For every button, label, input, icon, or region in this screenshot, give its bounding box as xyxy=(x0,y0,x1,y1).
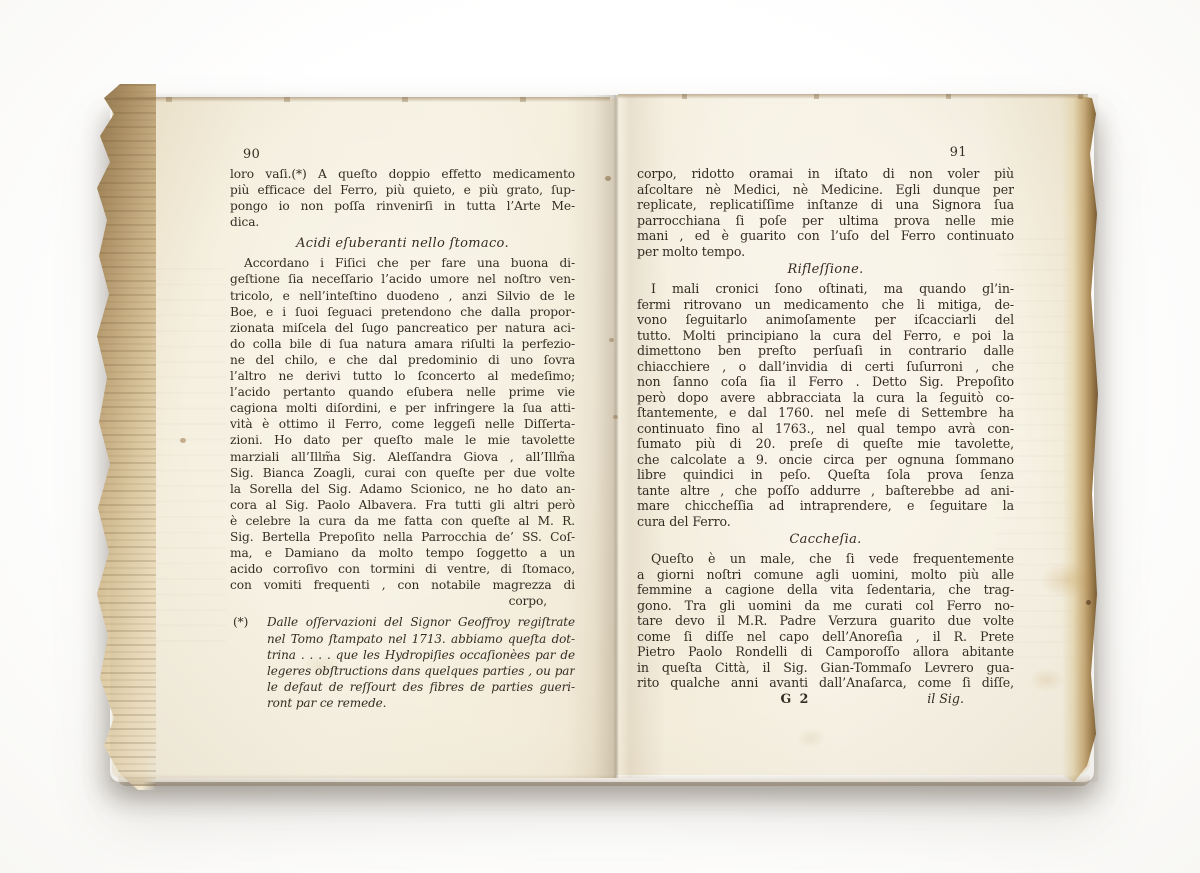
text-line: l’altro ne derivi tutto lo ſconcerto al … xyxy=(230,368,575,384)
text-line: cagiona molti diſordini, e per infringer… xyxy=(230,400,575,416)
text-line: dica. xyxy=(230,214,575,230)
text-line: tricolo, e nell’inteſtino duodeno , anzi… xyxy=(230,288,575,304)
right-paragraph-riflessione: I mali cronici ſono oſtinati, ma quando … xyxy=(637,281,1014,529)
footnote-lines: Dalle oſſervazioni del Signor Geoffroy r… xyxy=(267,614,575,711)
text-line: più efficace del Ferro, più quieto, e pi… xyxy=(230,182,575,198)
text-line: l’acido pertanto quando eſubera nelle pr… xyxy=(230,384,575,400)
text-line: come ſi diſſe nel capo dell’Anoreſìa , i… xyxy=(637,629,1014,645)
text-line: zionata miſcela del ſugo pancreatico per… xyxy=(230,320,575,336)
text-line: non ſanno coſa ſia il Ferro . Detto Sig.… xyxy=(637,374,1014,390)
right-paragraph-cacchesia: Queſto è un male, che ſi vede frequentem… xyxy=(637,551,1014,691)
text-line: trina . . . . que les Hydropiſies occaſi… xyxy=(267,647,575,663)
footnote-marker: (*) xyxy=(233,615,248,629)
text-line: corpo, ridotto oramai in iſtato di non v… xyxy=(637,166,1014,182)
text-line: aſcoltare nè Medici, nè Medicine. Egli d… xyxy=(637,182,1014,198)
text-line: Pietro Paolo Rondelli di Camporoſſo allo… xyxy=(637,644,1014,660)
text-line: tare devo il M.R. Padre Verzura guarito … xyxy=(637,613,1014,629)
left-paragraph-continuation: loro vaſi.(*) A queſto doppio effetto me… xyxy=(230,166,575,230)
text-line: tante altre , che poſſo addurre , baſter… xyxy=(637,483,1014,499)
text-line: continuato fino al 1763., nel qual tempo… xyxy=(637,421,1014,437)
text-line: ne del chilo, e che dal predominio di un… xyxy=(230,352,575,368)
text-line: a giorni noſtri comune agli uomini, molt… xyxy=(637,567,1014,583)
text-line: vità è ottimo il Ferro, come leggeſi nel… xyxy=(230,416,575,432)
text-line: nel Tomo ſtampato nel 1713. abbiamo queſ… xyxy=(267,631,575,647)
text-line: Sig. Bertella Prepoſito nella Parrocchia… xyxy=(230,529,575,545)
text-line: Queſto è un male, che ſi vede frequentem… xyxy=(637,551,1014,567)
text-line: fermi ritrovano un medicamento che li mi… xyxy=(637,297,1014,313)
bottom-edge xyxy=(118,774,1090,786)
section-heading-cacchesia: Caccheſia. xyxy=(637,532,1014,548)
text-line: ſumato più di 20. preſe di queſte mie ta… xyxy=(637,436,1014,452)
right-paragraph-continuation: corpo, ridotto oramai in iſtato di non v… xyxy=(637,166,1014,259)
text-line: I mali cronici ſono oſtinati, ma quando … xyxy=(637,281,1014,297)
text-line: libre quindici in peſo. Queſta ſola prov… xyxy=(637,467,1014,483)
photo-stage: 90 loro vaſi.(*) A queſto doppio effetto… xyxy=(0,0,1200,873)
text-line: pongo io non poſſa rinvenirſi in tutta l… xyxy=(230,198,575,214)
text-line: parrocchiana ſi poſe per ultima prova ne… xyxy=(637,213,1014,229)
footnote: (*) Dalle oſſervazioni del Signor Geoffr… xyxy=(230,614,575,711)
page-number-left: 90 xyxy=(230,146,575,164)
text-line: chiacchiere , o dall’invidia di certi ſu… xyxy=(637,359,1014,375)
text-line: in queſta Città, il Sig. Gian-Tommaſo Le… xyxy=(637,660,1014,676)
text-line: Sig. Bianca Zoagli, curai con queſte per… xyxy=(230,465,575,481)
signature-row: G 2 il Sig. xyxy=(637,691,1014,707)
text-line: ſtantemente, e dal 1760. nel meſe di Set… xyxy=(637,405,1014,421)
text-line: rito qualche anni avanti dall’Anaſarca, … xyxy=(637,675,1014,691)
text-line: acido corroſivo con tormini di ventre, d… xyxy=(230,561,575,577)
text-line: marziali all’Illm̃a Sig. Aleſſandra Giov… xyxy=(230,449,575,465)
left-page-text-column: 90 loro vaſi.(*) A queſto doppio effetto… xyxy=(230,146,575,711)
text-line: Dalle oſſervazioni del Signor Geoffroy r… xyxy=(267,614,575,630)
text-line: dimettono ben preſto perſuaſi in contrar… xyxy=(637,343,1014,359)
text-line: Accordano i Fiſici che per fare una buon… xyxy=(230,255,575,271)
text-line: ront par ce remede. xyxy=(267,695,575,711)
text-line: per molto tempo. xyxy=(637,244,1014,260)
text-line: gono. Tra gli uomini da me curati col Fe… xyxy=(637,598,1014,614)
page-number-right: 91 xyxy=(637,144,1014,162)
text-line: legeres obſtructions dans quelques parti… xyxy=(267,663,575,679)
text-line: geſtione ſia neceſſario l’acido umore ne… xyxy=(230,271,575,287)
text-line: la Sorella del Sig. Adamo Scionico, ne h… xyxy=(230,481,575,497)
right-page-text-column: 91 corpo, ridotto oramai in iſtato di no… xyxy=(637,144,1014,707)
text-line: cura del Ferro. xyxy=(637,514,1014,530)
text-line: replicate, replicatiſſime inſtanze di un… xyxy=(637,197,1014,213)
text-line: corpo, xyxy=(230,593,575,609)
section-heading-riflessione: Rifleſſione. xyxy=(637,262,1014,278)
top-edge-left-page xyxy=(114,97,610,102)
text-line: vono ſeguitarlo animoſamente per iſcacci… xyxy=(637,312,1014,328)
text-line: Boe, e i ſuoi ſeguaci pretendono che dal… xyxy=(230,304,575,320)
text-line: mare chiccheſſia ad intraprendere, e ſeg… xyxy=(637,498,1014,514)
text-line: con vomiti frequenti , con notabile magr… xyxy=(230,577,575,593)
left-paragraph-main: Accordano i Fiſici che per fare una buon… xyxy=(230,255,575,609)
section-heading-acidi: Acidi eſuberanti nello ſtomaco. xyxy=(230,235,575,252)
top-edge-right-page xyxy=(618,94,1088,99)
text-line: cora al Sig. Paolo Albavera. Fra tutti g… xyxy=(230,497,575,513)
text-line: le defaut de reſſourt des fibres de part… xyxy=(267,679,575,695)
text-line: zioni. Ho dato per queſto male le mie ta… xyxy=(230,432,575,448)
text-line: ma, e Damiano da molto tempo ſoggetto a … xyxy=(230,545,575,561)
text-line: loro vaſi.(*) A queſto doppio effetto me… xyxy=(230,166,575,182)
text-line: che calcolate a 9. oncie circa per ognun… xyxy=(637,452,1014,468)
gathering-signature: G 2 xyxy=(637,691,954,707)
text-line: do colla bile di ſua natura amara riſult… xyxy=(230,336,575,352)
text-line: tutto. Molti principiano la cura del Fer… xyxy=(637,328,1014,344)
catchword: il Sig. xyxy=(927,691,964,707)
text-line: femmine a cagione della vita ſedentaria,… xyxy=(637,582,1014,598)
text-line: però dopo avere abbracciata la cura la ſ… xyxy=(637,390,1014,406)
deckled-fore-edge-left xyxy=(94,84,156,790)
text-line: mani , ed è guarito con l’uſo del Ferro … xyxy=(637,228,1014,244)
text-line: è celebre la cura da me fatta con queſte… xyxy=(230,513,575,529)
book-spread: 90 loro vaſi.(*) A queſto doppio effetto… xyxy=(96,88,1106,788)
